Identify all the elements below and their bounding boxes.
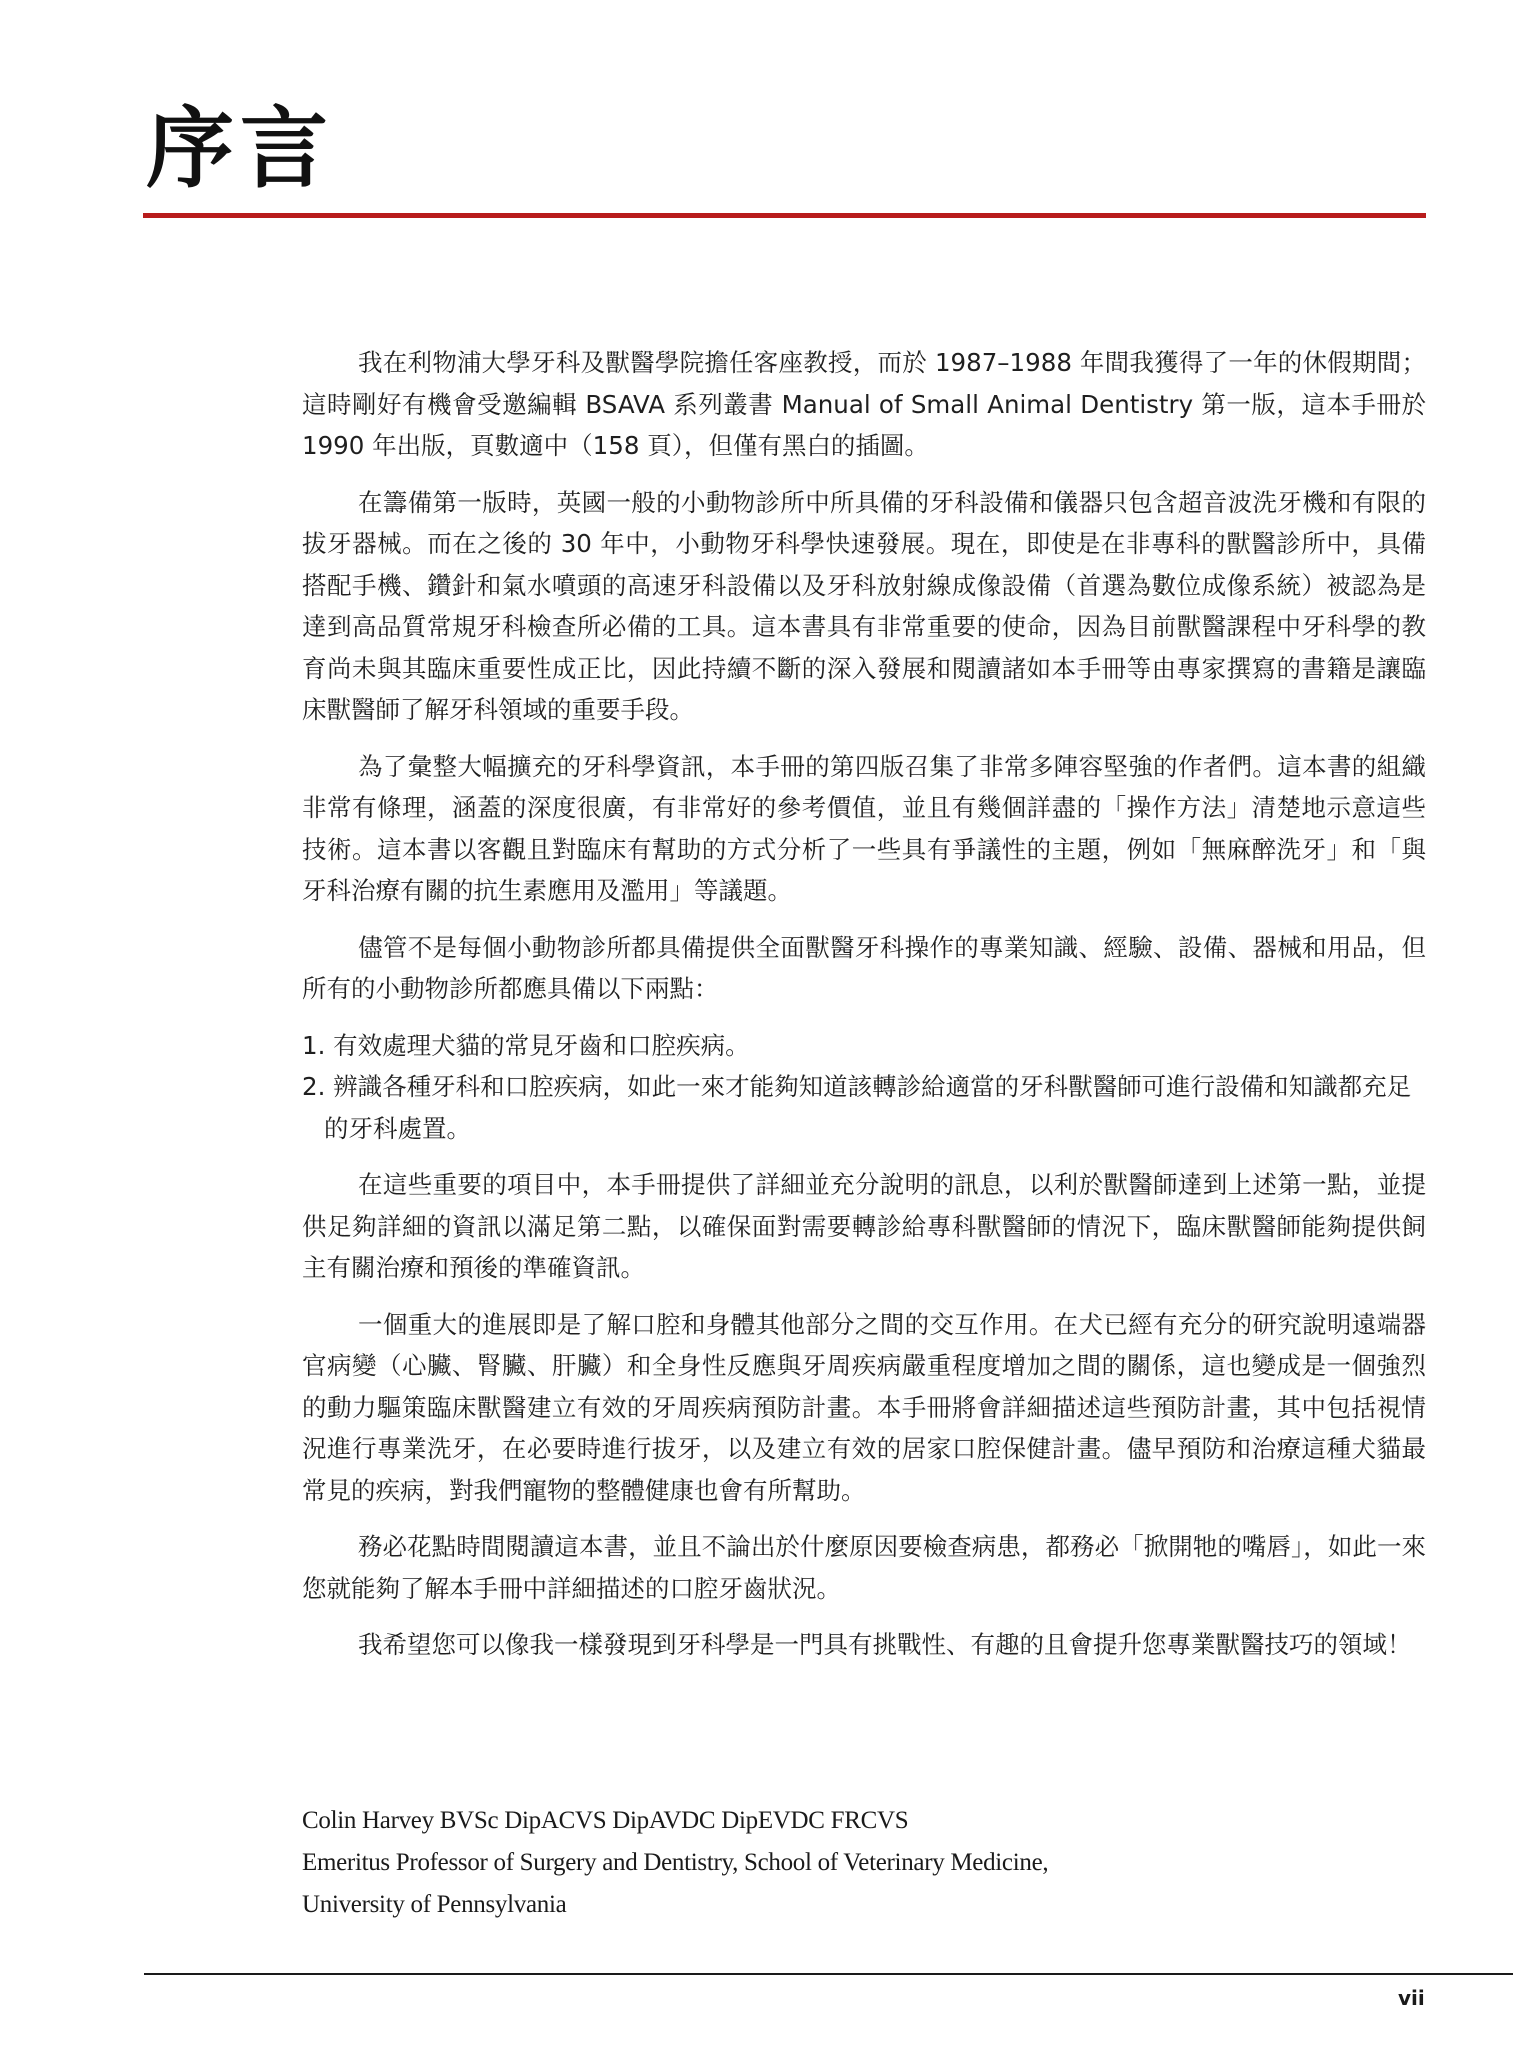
paragraph-7: 務必花點時間閱讀這本書，並且不論出於什麼原因要檢查病患，都務必「掀開牠的嘴唇」，… [302,1526,1426,1609]
paragraph-8: 我希望您可以像我一樣發現到牙科學是一門具有挑戰性、有趣的且會提升您專業獸醫技巧的… [302,1624,1426,1666]
footer-divider [144,1973,1513,1975]
paragraph-3: 為了彙整大幅擴充的牙科學資訊，本手冊的第四版召集了非常多陣容堅強的作者們。這本書… [302,746,1426,912]
author-position: Emeritus Professor of Surgery and Dentis… [302,1842,1426,1884]
preface-body: 我在利物浦大學牙科及獸醫學院擔任客座教授，而於 1987–1988 年間我獲得了… [302,342,1426,1681]
list-item-1: 1. 有效處理犬貓的常見牙齒和口腔疾病。 [302,1025,1426,1067]
page-title: 序言 [146,98,334,198]
numbered-list: 1. 有效處理犬貓的常見牙齒和口腔疾病。 2. 辨識各種牙科和口腔疾病，如此一來… [302,1025,1426,1150]
author-institution: University of Pennsylvania [302,1884,1426,1926]
page-number: vii [1398,1986,1425,2010]
title-divider [143,213,1426,218]
paragraph-6: 一個重大的進展即是了解口腔和身體其他部分之間的交互作用。在犬已經有充分的研究說明… [302,1304,1426,1512]
list-item-2: 2. 辨識各種牙科和口腔疾病，如此一來才能夠知道該轉診給適當的牙科獸醫師可進行設… [302,1066,1426,1149]
paragraph-5: 在這些重要的項目中，本手冊提供了詳細並充分說明的訊息，以利於獸醫師達到上述第一點… [302,1164,1426,1289]
paragraph-4: 儘管不是每個小動物診所都具備提供全面獸醫牙科操作的專業知識、經驗、設備、器械和用… [302,927,1426,1010]
author-name: Colin Harvey BVSc DipACVS DipAVDC DipEVD… [302,1800,1426,1842]
paragraph-2: 在籌備第一版時，英國一般的小動物診所中所具備的牙科設備和儀器只包含超音波洗牙機和… [302,482,1426,731]
signature-block: Colin Harvey BVSc DipACVS DipAVDC DipEVD… [302,1800,1426,1926]
paragraph-1: 我在利物浦大學牙科及獸醫學院擔任客座教授，而於 1987–1988 年間我獲得了… [302,342,1426,467]
